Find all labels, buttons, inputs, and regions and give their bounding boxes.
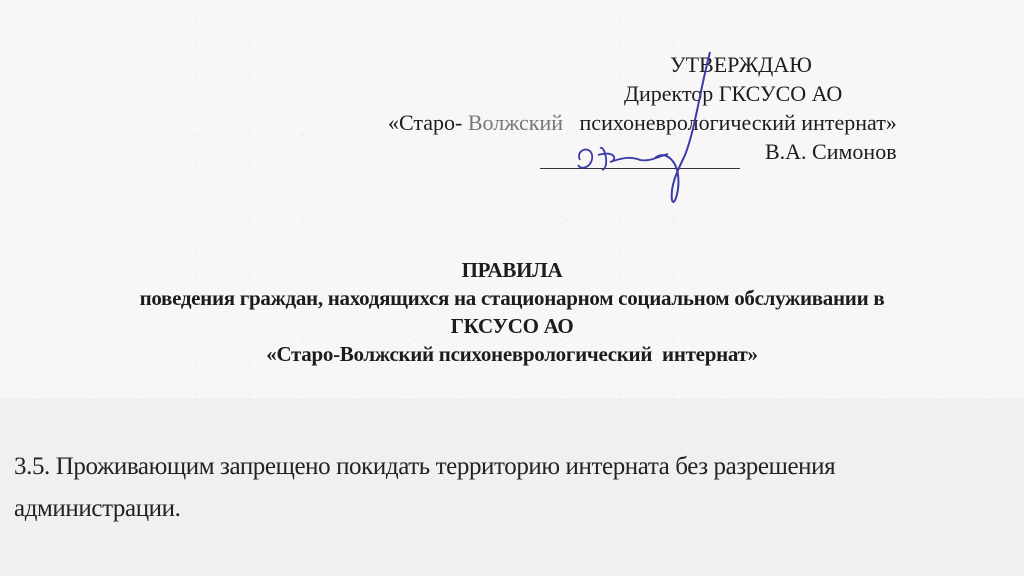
document-subtitle-line2: ГКСУСО АО <box>0 312 1024 340</box>
clause-line1: 3.5. Проживающим запрещено покидать терр… <box>14 446 1014 488</box>
clause-3-5: 3.5. Проживающим запрещено покидать терр… <box>14 446 1014 530</box>
clause-line2: администрации. <box>14 488 1014 530</box>
institution-prefix: «Старо- <box>388 110 462 135</box>
document-page: УТВЕРЖДАЮ Директор ГКСУСО АО «Старо- Вол… <box>0 0 1024 576</box>
institution-faded: Волжский <box>462 110 563 135</box>
document-title: ПРАВИЛА <box>0 256 1024 284</box>
approval-signatory: В.А. Симонов <box>765 137 897 166</box>
document-title-block: ПРАВИЛА поведения граждан, находящихся н… <box>0 256 1024 368</box>
document-subtitle-line1: поведения граждан, находящихся на стацио… <box>0 284 1024 312</box>
document-subtitle-line3: «Старо-Волжский психоневрологический инт… <box>0 340 1024 368</box>
signature-icon <box>560 50 740 210</box>
